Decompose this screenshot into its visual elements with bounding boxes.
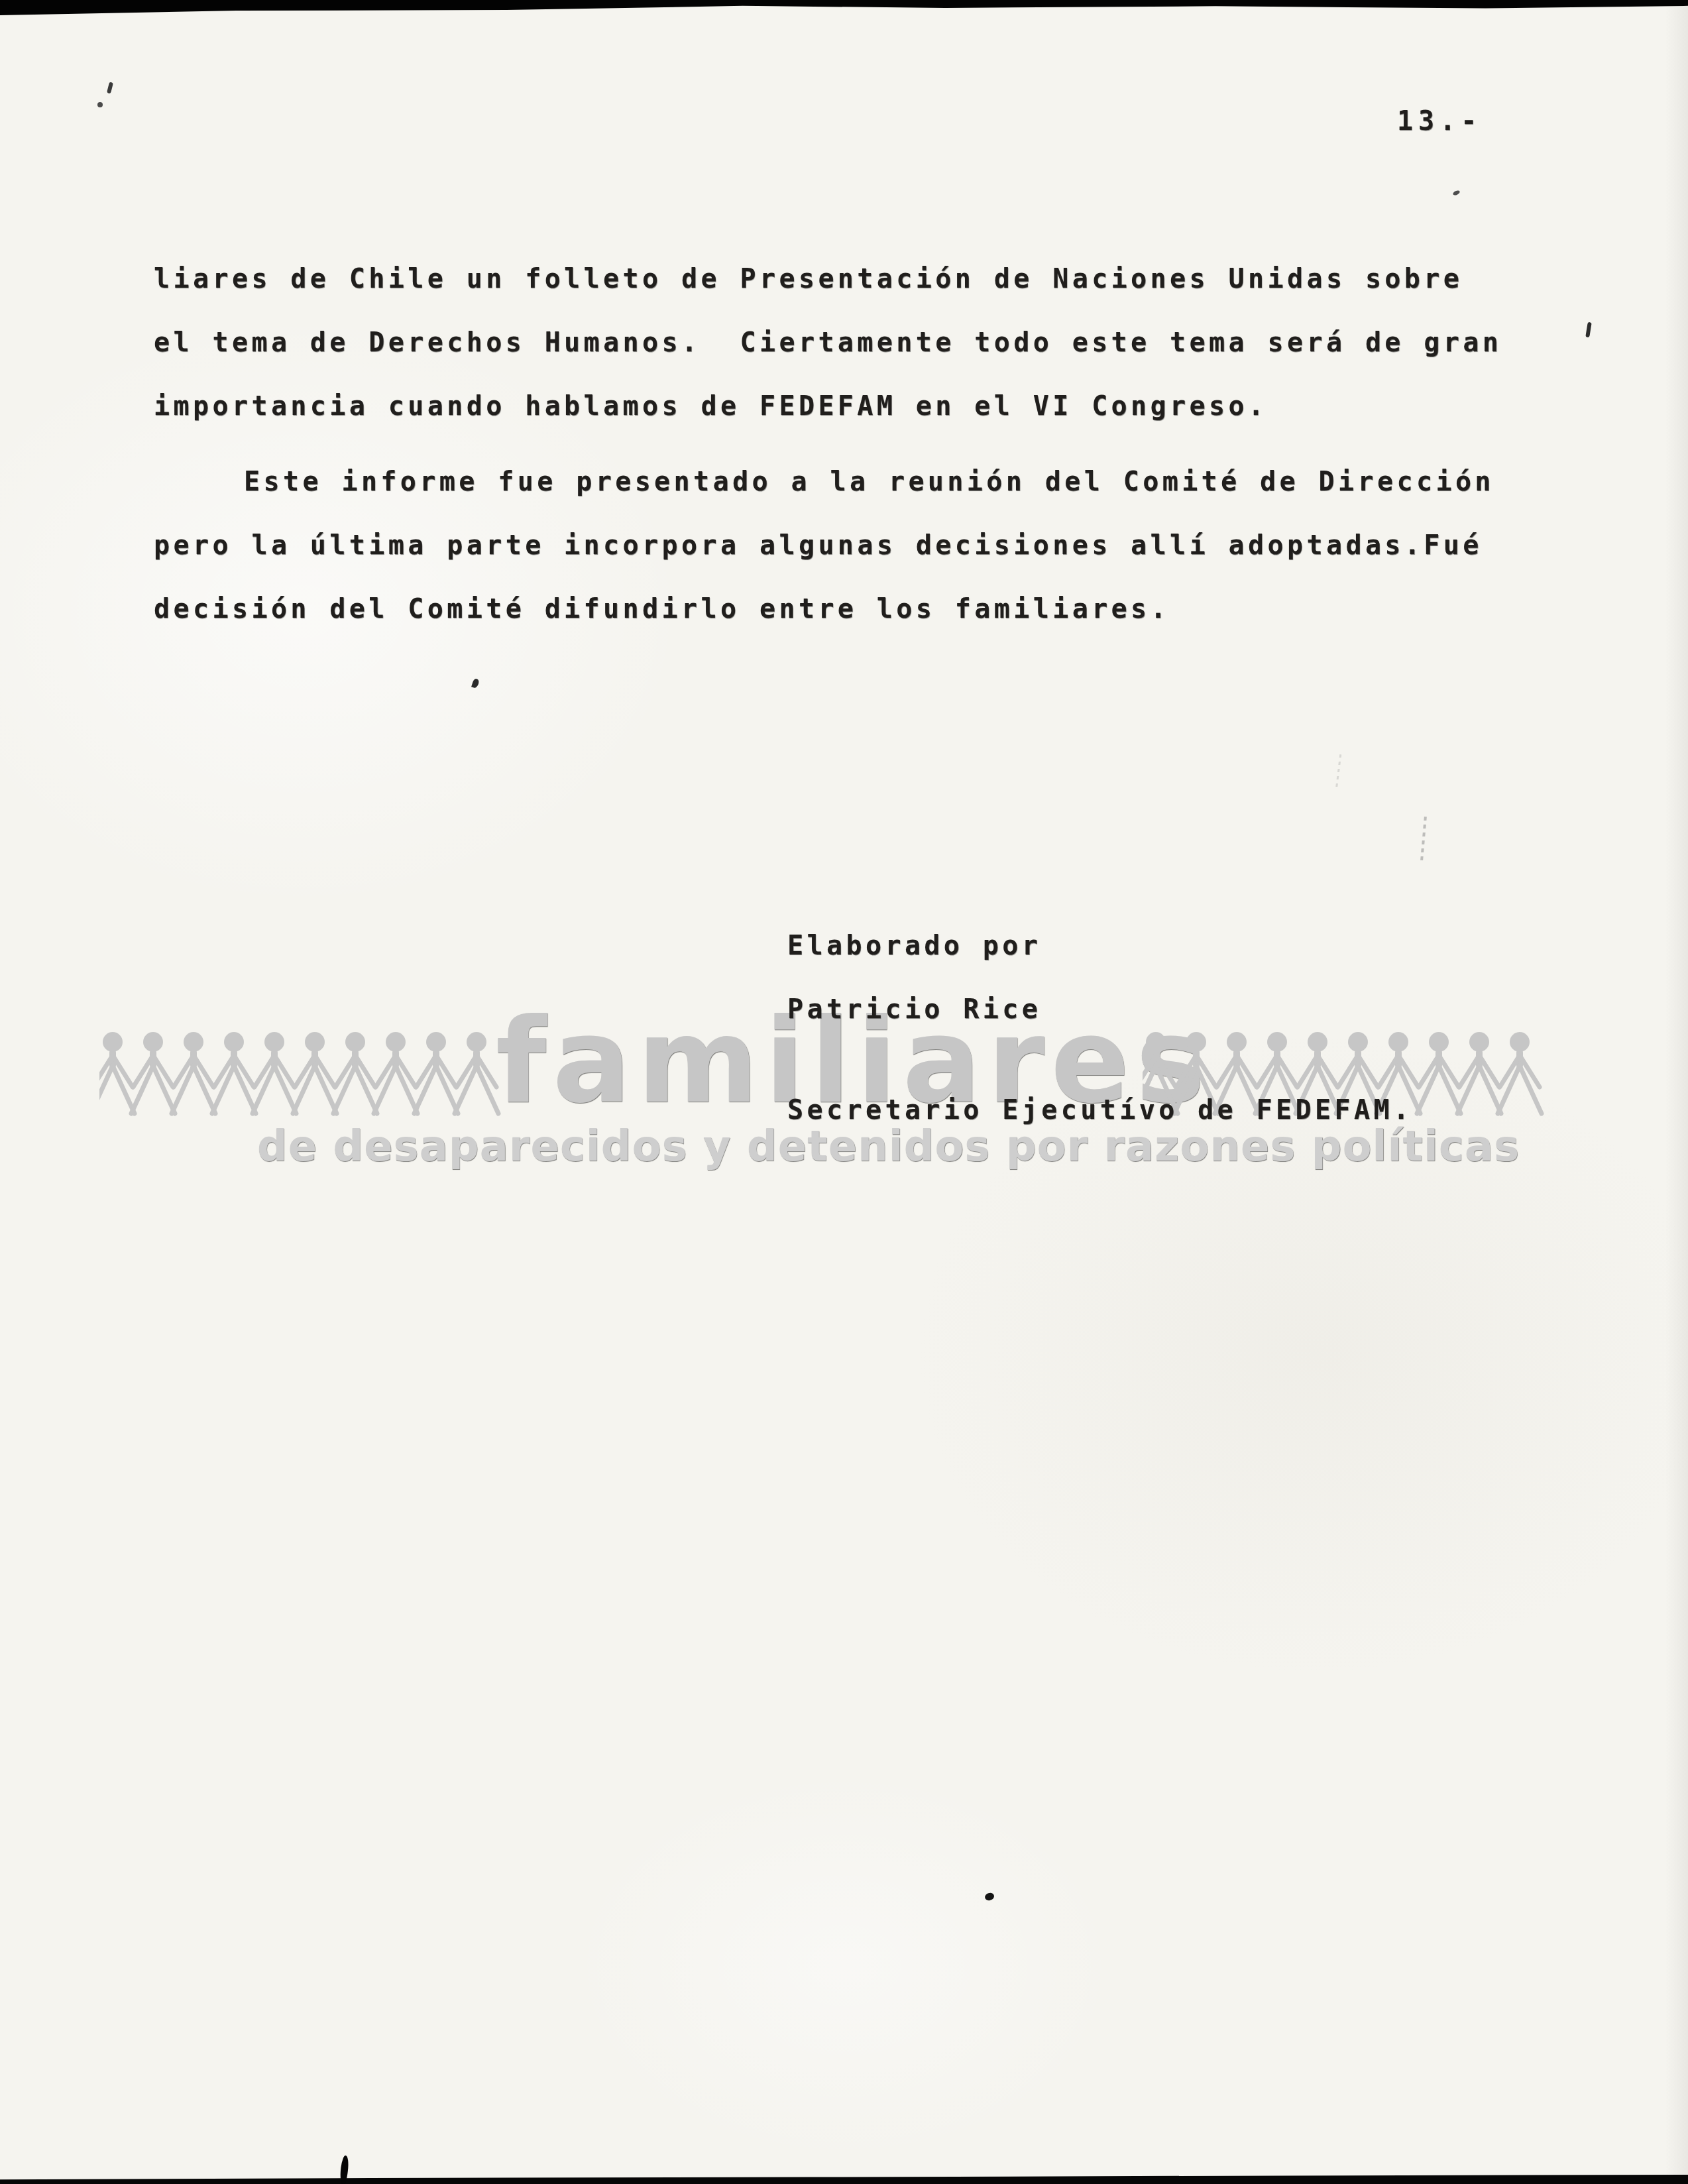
scan-speck <box>107 82 113 94</box>
scan-speck <box>1420 817 1427 860</box>
signature-title: Secretario Ejecutívo de FEDEFAM. <box>787 1095 1412 1125</box>
paragraph1-line1: liares de Chile un folleto de Presentaci… <box>154 264 1463 294</box>
scan-speck <box>1335 754 1342 790</box>
signature-prepared-by: Elaborado por <box>787 931 1041 961</box>
paragraph2-line1: Este informe fue presentado a la reunión… <box>244 467 1494 497</box>
scan-speck <box>984 1892 995 1902</box>
scan-edge-bottom <box>0 2172 1688 2184</box>
paragraph1-line2: el tema de Derechos Humanos. Ciertamente… <box>154 327 1502 358</box>
signature-name: Patricio Rice <box>787 994 1041 1025</box>
paragraph2-line3: decisión del Comité difundirlo entre los… <box>154 594 1170 624</box>
watermark-tagline: de desaparecidos y detenidos por razones… <box>257 1125 1520 1168</box>
scan-edge-top <box>0 0 1688 17</box>
people-chain-icon <box>99 1029 512 1116</box>
page-number: 13.- <box>1397 106 1482 137</box>
scan-speck <box>1585 322 1592 338</box>
scan-speck <box>1452 190 1461 196</box>
paragraph2-line2: pero la última parte incorpora algunas d… <box>154 530 1483 561</box>
scanned-document-page: familiares de desaparecidos y detenidos … <box>0 0 1688 2184</box>
scan-speck <box>471 678 480 689</box>
scan-speck <box>97 102 103 107</box>
paragraph1-line3: importancia cuando hablamos de FEDEFAM e… <box>154 391 1267 422</box>
scan-edge-shade <box>1665 0 1688 2184</box>
